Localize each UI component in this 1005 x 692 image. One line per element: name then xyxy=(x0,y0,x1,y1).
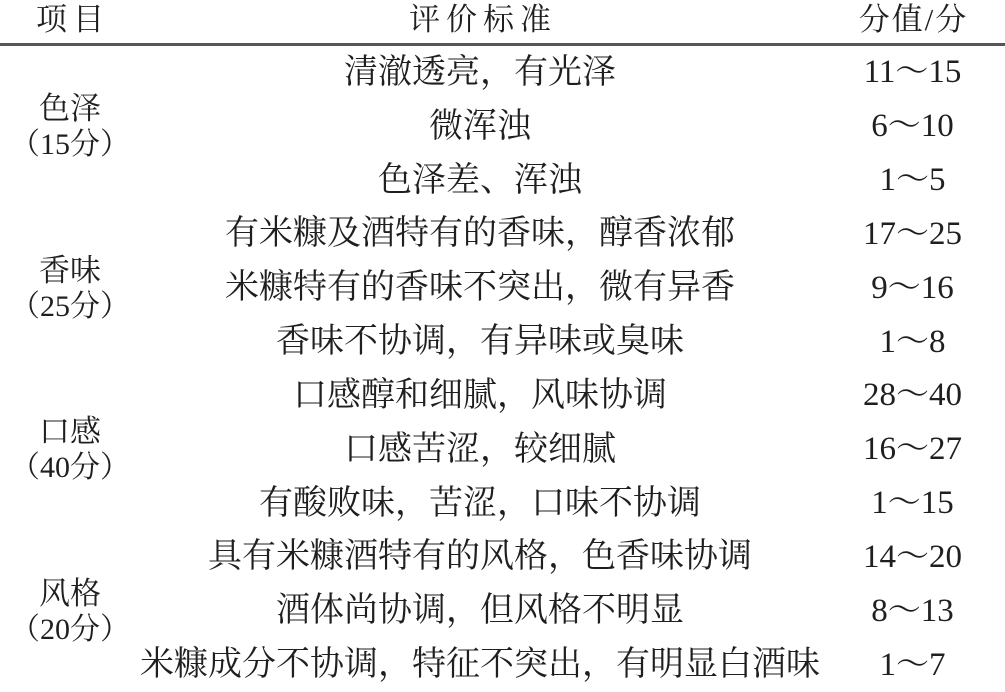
score-cell: 1～7 xyxy=(820,638,1005,692)
table-group-style: 风格 （20分） 具有米糠酒特有的风格，色香味协调 酒体尚协调，但风格不明显 米… xyxy=(0,531,1005,692)
item-points: （15分） xyxy=(10,127,130,163)
item-name: 口感 xyxy=(39,413,101,450)
score-cell: 17～25 xyxy=(820,208,1005,262)
table-group-color: 色泽 （15分） 清澈透亮，有光泽 微浑浊 色泽差、浑浊 11～15 6～10 … xyxy=(0,46,1005,208)
criteria-cell: 米糠成分不协调，特征不突出，有明显白酒味 xyxy=(140,638,820,692)
criteria-cell: 有酸败味，苦涩，口味不协调 xyxy=(140,477,820,531)
criteria-cell: 口感醇和细腻，风味协调 xyxy=(140,369,820,423)
item-label-taste: 口感 （40分） xyxy=(0,369,140,530)
score-cell: 9～16 xyxy=(820,261,1005,315)
item-label-style: 风格 （20分） xyxy=(0,531,140,692)
item-name: 风格 xyxy=(39,575,101,612)
score-cell: 14～20 xyxy=(820,531,1005,585)
column-header-criteria: 评价标准 xyxy=(140,4,820,39)
criteria-cell: 香味不协调，有异味或臭味 xyxy=(140,315,820,369)
item-label-aroma: 香味 （25分） xyxy=(0,208,140,369)
score-cell: 1～5 xyxy=(820,154,1005,208)
score-cell: 11～15 xyxy=(820,46,1005,100)
score-cell: 6～10 xyxy=(820,100,1005,154)
item-name: 色泽 xyxy=(39,90,101,127)
item-points: （40分） xyxy=(10,450,130,486)
item-points: （25分） xyxy=(10,289,130,325)
score-cell: 28～40 xyxy=(820,369,1005,423)
table-group-aroma: 香味 （25分） 有米糠及酒特有的香味，醇香浓郁 米糠特有的香味不突出，微有异香… xyxy=(0,208,1005,370)
item-points: （20分） xyxy=(10,612,130,648)
criteria-cell: 微浑浊 xyxy=(140,100,820,154)
column-header-score: 分值/分 xyxy=(820,4,1005,39)
score-cell: 8～13 xyxy=(820,584,1005,638)
table-header-row: 项目 评价标准 分值/分 xyxy=(0,0,1005,46)
item-name: 香味 xyxy=(39,252,101,289)
column-header-item: 项目 xyxy=(0,4,140,39)
evaluation-criteria-table-page: 项目 评价标准 分值/分 色泽 （15分） 清澈透亮，有光泽 微浑浊 色泽差、浑… xyxy=(0,0,1005,692)
score-cell: 1～8 xyxy=(820,315,1005,369)
criteria-cell: 米糠特有的香味不突出，微有异香 xyxy=(140,261,820,315)
criteria-cell: 清澈透亮，有光泽 xyxy=(140,46,820,100)
criteria-cell: 有米糠及酒特有的香味，醇香浓郁 xyxy=(140,208,820,262)
criteria-cell: 口感苦涩，较细腻 xyxy=(140,423,820,477)
item-label-color: 色泽 （15分） xyxy=(0,46,140,207)
criteria-cell: 色泽差、浑浊 xyxy=(140,154,820,208)
score-cell: 1～15 xyxy=(820,477,1005,531)
table-group-taste: 口感 （40分） 口感醇和细腻，风味协调 口感苦涩，较细腻 有酸败味，苦涩，口味… xyxy=(0,369,1005,531)
criteria-cell: 酒体尚协调，但风格不明显 xyxy=(140,584,820,638)
criteria-cell: 具有米糠酒特有的风格，色香味协调 xyxy=(140,531,820,585)
score-cell: 16～27 xyxy=(820,423,1005,477)
